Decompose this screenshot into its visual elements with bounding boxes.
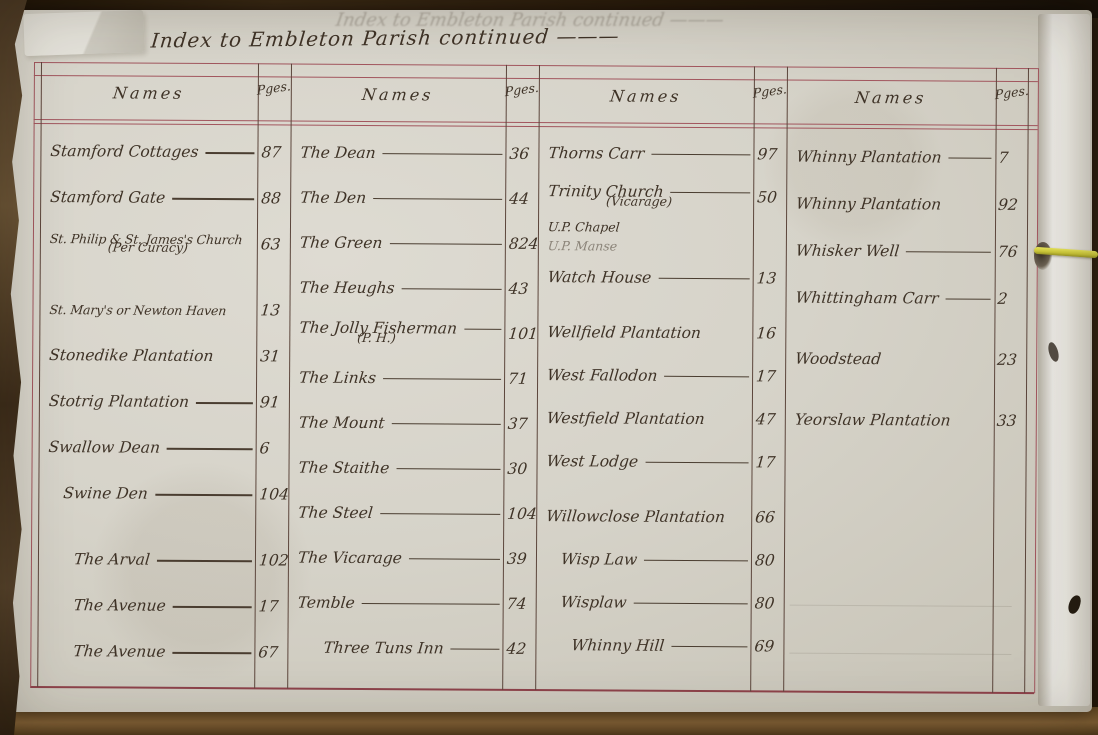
entry-page: 17	[751, 367, 786, 385]
entry-name: Swallow Dean	[48, 438, 161, 457]
dash-rule	[392, 423, 501, 425]
entry-page: 23	[992, 350, 1027, 368]
entry-note: (P. H.)	[357, 329, 505, 345]
entry-name: The Heughs	[299, 278, 396, 297]
entry-page: 824	[504, 234, 539, 252]
entry-page: 92	[993, 195, 1028, 213]
dash-rule	[383, 153, 503, 155]
photo-of-ledger-page: Index to Embleton Parish continued ——— I…	[0, 0, 1098, 735]
entry-page: 102	[254, 551, 289, 569]
entry-page: 104	[502, 504, 537, 522]
entry-page: 44	[504, 189, 539, 207]
table-rule-top	[34, 62, 1038, 70]
index-row: Whinny Plantation7	[786, 133, 1027, 181]
entry-name: Stonedike Plantation	[48, 346, 214, 365]
dash-rule	[206, 152, 255, 153]
dash-rule	[380, 513, 500, 515]
entry-name: The Staithe	[298, 458, 391, 477]
entry-page: 69	[750, 637, 785, 655]
entry-page: 30	[503, 459, 538, 477]
dash-rule	[362, 603, 500, 605]
entry-page: 47	[751, 410, 786, 428]
index-row: Watch House13	[538, 255, 786, 300]
column-header-pages: Pges.	[257, 78, 291, 98]
dash-rule	[172, 652, 251, 654]
dash-rule	[906, 251, 991, 253]
index-row: The Green824	[290, 220, 538, 267]
dash-rule	[402, 288, 502, 290]
entry-name: Temble	[297, 593, 356, 611]
entry-name: The Mount	[298, 413, 386, 432]
index-row: The Jolly Fisherman(P. H.)101	[289, 310, 537, 357]
entry-page: 43	[504, 279, 539, 297]
entry-page: 17	[254, 597, 289, 615]
index-row: Thorns Carr97	[538, 131, 786, 176]
page-title: Index to Embleton Parish continued ———	[150, 24, 621, 53]
entry-page: 6	[255, 439, 290, 457]
index-row: The Avenue67	[37, 628, 287, 676]
index-row: The Staithe30	[288, 445, 536, 492]
entry-name: Whinny Plantation	[796, 147, 943, 166]
index-row: The Heughs43	[289, 265, 537, 312]
entry-page: 31	[255, 347, 290, 365]
index-row: Swine Den104	[38, 470, 288, 518]
entry-page: 101	[504, 324, 539, 342]
entry-name: The Avenue	[73, 642, 167, 661]
entry-name: U.P. Manse	[547, 238, 618, 253]
entry-page: 87	[257, 143, 292, 161]
entry-page: 80	[750, 594, 785, 612]
index-row: Three Tuns Inn42	[287, 625, 535, 672]
dash-rule	[634, 603, 748, 605]
entry-name: St. Mary's or Newton Haven	[49, 302, 227, 318]
index-row: Whinny Hill69	[535, 623, 783, 668]
index-row: Westfield Plantation47	[537, 396, 785, 441]
dash-rule	[645, 462, 748, 464]
index-row: Temble74	[288, 580, 536, 627]
paper-fold	[23, 10, 144, 56]
entry-name: Whinny Hill	[571, 636, 666, 655]
entry-page: 67	[254, 643, 289, 661]
index-row: Stamford Cottages87	[40, 128, 290, 176]
dash-rule	[157, 560, 252, 562]
entry-name: Whittingham Carr	[795, 288, 940, 307]
index-row: Wellfield Plantation16	[537, 310, 785, 355]
dash-rule	[173, 606, 252, 608]
entry-page: 76	[993, 242, 1028, 260]
entry-name: Watch House	[547, 268, 652, 287]
index-column: Thorns Carr97Trinity Church(Vicarage)50U…	[535, 131, 786, 690]
dash-rule	[946, 298, 991, 299]
entry-name: Wisp Law	[560, 550, 638, 568]
column-header-pages: Pges.	[995, 83, 1029, 103]
entry-page: 37	[503, 414, 538, 432]
index-row: The Steel104	[288, 490, 536, 537]
entry-page: 97	[753, 145, 788, 163]
entry-page: 80	[750, 551, 785, 569]
entry-name: Wisplaw	[560, 593, 628, 611]
index-row: Wisp Law80	[536, 537, 784, 582]
entry-page: 13	[752, 269, 787, 287]
index-row: Stonedike Plantation31	[39, 332, 289, 380]
entry-name: The Den	[299, 188, 367, 206]
entry-name: Whinny Plantation	[795, 194, 942, 213]
index-row: U.P. Manse	[538, 236, 786, 257]
index-column: Stamford Cottages87Stamford Gate88St. Ph…	[37, 128, 290, 687]
entry-page: 104	[255, 485, 290, 503]
dash-rule	[664, 376, 749, 378]
index-table: NamesPges.NamesPges.NamesPges.NamesPges.…	[37, 62, 1028, 693]
column-header-names: Names	[609, 86, 683, 105]
entry-name: The Links	[298, 368, 377, 386]
entry-name: The Steel	[297, 503, 373, 521]
entry-name: Three Tuns Inn	[323, 638, 445, 657]
column-header-names: Names	[854, 88, 928, 107]
entry-name: The Green	[299, 233, 383, 251]
entry-name: The Dean	[300, 143, 377, 161]
entry-name: The Vicarage	[297, 548, 403, 567]
entry-page: 2	[993, 289, 1028, 307]
entry-page: 17	[751, 453, 786, 471]
index-row: St. Philip & St. James's Church(Per Cura…	[40, 220, 290, 268]
index-row: The Dean36	[290, 130, 538, 177]
index-column: The Dean36The Den44The Green824The Heugh…	[287, 130, 538, 689]
dash-rule	[671, 646, 747, 648]
entry-page: 88	[256, 189, 291, 207]
index-row: Whisker Well76	[786, 227, 1027, 275]
entry-name: West Lodge	[546, 452, 639, 471]
entry-name: U.P. Chapel	[547, 219, 620, 234]
index-column: Whinny Plantation7Whinny Plantation92Whi…	[783, 133, 1027, 691]
entry-page: 63	[256, 235, 291, 253]
entry-name: The Avenue	[73, 596, 167, 615]
entry-name: Whisker Well	[795, 241, 900, 260]
page-binding-margin	[1038, 14, 1090, 706]
entry-name: Stamford Gate	[49, 188, 166, 207]
entry-name: Westfield Plantation	[546, 409, 706, 428]
dash-rule	[949, 157, 992, 158]
entry-name: Swine Den	[63, 484, 149, 503]
index-row: The Den44	[290, 175, 538, 222]
column-header-names: Names	[112, 83, 186, 102]
entry-note: (Per Curacy)	[107, 239, 257, 255]
index-row: Stamford Gate88	[40, 174, 290, 222]
dash-rule	[451, 648, 500, 649]
dash-rule	[409, 558, 500, 560]
index-row: Trinity Church(Vicarage)50	[538, 174, 786, 219]
dash-rule	[196, 402, 253, 403]
dash-rule	[172, 198, 254, 200]
entry-page: 50	[752, 188, 787, 206]
entry-page: 74	[502, 594, 537, 612]
entry-page: 39	[502, 549, 537, 567]
index-row: West Fallodon17	[537, 353, 785, 398]
index-row: Swallow Dean6	[39, 424, 289, 472]
table-rule-left-red	[30, 62, 35, 687]
entry-page: 71	[503, 369, 538, 387]
index-row: Willowclose Plantation66	[536, 494, 784, 539]
dash-rule	[658, 278, 749, 280]
dash-rule	[644, 560, 748, 562]
entry-name: Stotrig Plantation	[48, 392, 190, 411]
ledger-paper: Index to Embleton Parish continued ——— I…	[6, 10, 1092, 712]
entry-page: 13	[256, 301, 291, 319]
index-row: Wisplaw80	[536, 580, 784, 625]
column-header-pages: Pges.	[753, 81, 787, 101]
index-row: The Vicarage39	[288, 535, 536, 582]
entry-page: 42	[502, 639, 537, 657]
dash-rule	[396, 468, 500, 470]
column-header-names: Names	[361, 85, 435, 104]
index-row: The Avenue17	[38, 582, 288, 630]
dash-rule	[155, 494, 252, 496]
index-row: The Mount37	[289, 400, 537, 447]
entry-name: The Arval	[73, 550, 151, 568]
entry-page: 66	[750, 508, 785, 526]
entry-note: (Vicarage)	[605, 193, 753, 209]
index-row: Whittingham Carr2	[785, 274, 1026, 322]
entry-name: Thorns Carr	[548, 144, 646, 163]
index-row: Whinny Plantation92	[786, 180, 1027, 228]
entry-page: 91	[255, 393, 290, 411]
dash-rule	[651, 154, 750, 156]
dash-rule	[167, 448, 253, 450]
index-row: Woodstead23	[785, 335, 1026, 383]
entry-page: 33	[992, 411, 1027, 429]
dash-rule	[383, 378, 501, 380]
entry-name: Willowclose Plantation	[545, 507, 725, 526]
entry-name: Woodstead	[794, 349, 882, 368]
index-row: The Arval102	[38, 536, 288, 584]
index-row: Yeorslaw Plantation33	[785, 396, 1026, 444]
index-row: U.P. Chapel	[538, 217, 786, 238]
entry-name: Stamford Cottages	[50, 142, 200, 161]
entry-page: 36	[505, 144, 540, 162]
index-row: Stotrig Plantation91	[39, 378, 289, 426]
entry-name: West Fallodon	[546, 366, 658, 385]
dash-rule	[373, 198, 502, 200]
column-header-pages: Pges.	[505, 80, 539, 100]
entry-name: Yeorslaw Plantation	[794, 410, 951, 429]
index-row: The Links71	[289, 355, 537, 402]
entry-name: Wellfield Plantation	[547, 323, 702, 342]
dash-rule	[389, 243, 501, 245]
entry-page: 16	[752, 324, 787, 342]
entry-page: 7	[994, 148, 1029, 166]
index-row: St. Mary's or Newton Haven13	[39, 286, 289, 334]
index-row: West Lodge17	[536, 439, 784, 484]
